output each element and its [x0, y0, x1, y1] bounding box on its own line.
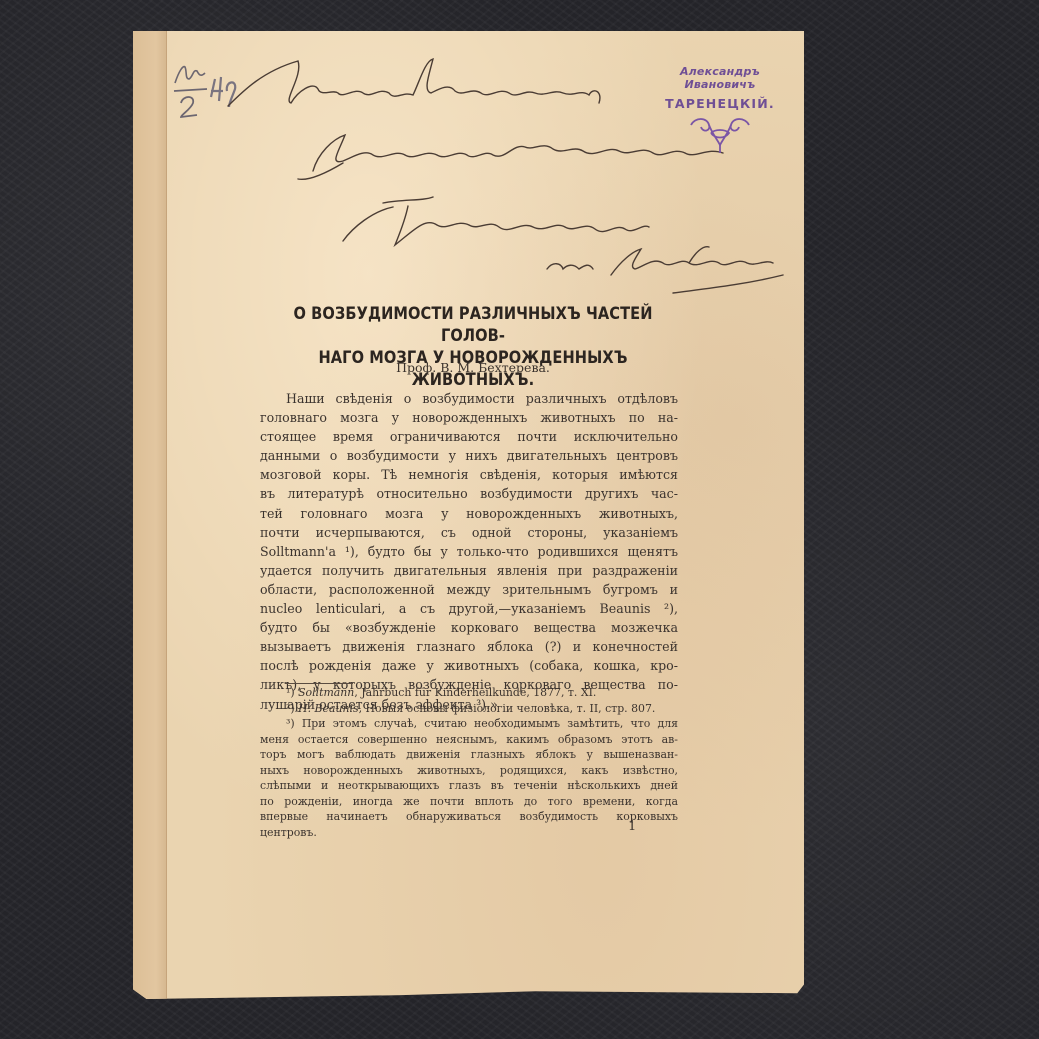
body-line: въ литературѣ относительно возбудимости …: [260, 484, 678, 503]
footnote-3-line: торъ могъ ваблюдать движенія глазныхъ яб…: [260, 747, 678, 763]
body-line: Наши свѣденія о возбудимости различныхъ …: [260, 389, 678, 408]
ornament-flourish-icon: [685, 115, 755, 155]
footnote-2-marker: ²): [286, 702, 295, 715]
body-line: данными о возбудимости у нихъ двигательн…: [260, 446, 678, 465]
footnote-2: ²) H. Beaunis, Новыя основы физіологіи ч…: [260, 701, 678, 717]
footnote-2-text: , Новыя основы физіологіи человѣка, т. I…: [359, 702, 656, 715]
body-line: вызываетъ движенія глазнаго яблока (?) и…: [260, 637, 678, 656]
footnote-1-author: Solltmann: [298, 686, 354, 699]
owner-stamp: Александръ Ивановичъ ТАРЕНЕЦКІЙ.: [645, 65, 795, 155]
body-line: будто бы «возбужденіе корковаго вещества…: [260, 618, 678, 637]
footnotes: ¹) Solltmann, Jahrbuch für Kinderheilkun…: [260, 685, 678, 840]
document-page: Александръ Ивановичъ ТАРЕНЕЦКІЙ. О ВОЗБУ…: [133, 31, 804, 999]
footnote-1-marker: ¹): [286, 686, 295, 699]
footnote-2-author: H. Beaunis: [298, 702, 358, 715]
body-line: стоящее время ограничиваются почти исклю…: [260, 427, 678, 446]
body-line: nucleo lenticulari, а съ другой,—указані…: [260, 599, 678, 618]
page-number: 1: [628, 819, 636, 834]
body-line: послѣ рожденія даже у животныхъ (собака,…: [260, 656, 678, 675]
body-line: Solltmann'а ¹), будто бы у только-что ро…: [260, 542, 678, 561]
footnote-3-line: ныхъ новорожденныхъ животныхъ, родящихся…: [260, 763, 678, 779]
footnote-3-line: по рожденіи, иногда же почти вплоть до т…: [260, 794, 678, 810]
article-title: О ВОЗБУДИМОСТИ РАЗЛИЧНЫХЪ ЧАСТЕЙ ГОЛОВ- …: [267, 303, 680, 391]
footnote-3-line: ³) При этомъ случаѣ, считаю необходимымъ…: [260, 716, 678, 732]
footnote-3-text: При этомъ случаѣ, считаю необходимымъ за…: [302, 717, 678, 730]
footnote-3-line: центровъ.: [260, 825, 678, 841]
body-line: тей головнаго мозга у новорожденныхъ жив…: [260, 504, 678, 523]
footnote-3-line: слѣпыми и неоткрывающихъ глазъ въ течені…: [260, 778, 678, 794]
article-author: Проф. В. М. Бехтерева.: [233, 360, 713, 375]
footnote-divider: [285, 683, 353, 684]
footnote-1-text: , Jahrbuch für Kinderheilkunde, 1877, т.…: [354, 686, 596, 699]
body-line: удается получить двигательныя явленія пр…: [260, 561, 678, 580]
body-line: почти исчерпываются, съ одной стороны, у…: [260, 523, 678, 542]
body-line: мозговой коры. Тѣ немногія свѣденія, кот…: [260, 465, 678, 484]
body-line: области, расположенной между зрительнымъ…: [260, 580, 678, 599]
footnote-1: ¹) Solltmann, Jahrbuch für Kinderheilkun…: [260, 685, 678, 701]
footnote-3-line: меня остается совершенно неяснымъ, каким…: [260, 732, 678, 748]
article-body: Наши свѣденія о возбудимости различныхъ …: [260, 389, 678, 714]
footnote-3-marker: ³): [286, 717, 295, 730]
stamp-surname-line: ТАРЕНЕЦКІЙ.: [645, 96, 795, 111]
footnote-3-line: впервые начинаетъ обнаруживаться возбуди…: [260, 809, 678, 825]
stamp-name-line: Александръ Ивановичъ: [645, 65, 795, 91]
body-line: головнаго мозга у новорожденныхъ животны…: [260, 408, 678, 427]
title-line-1: О ВОЗБУДИМОСТИ РАЗЛИЧНЫХЪ ЧАСТЕЙ ГОЛОВ-: [267, 303, 680, 347]
